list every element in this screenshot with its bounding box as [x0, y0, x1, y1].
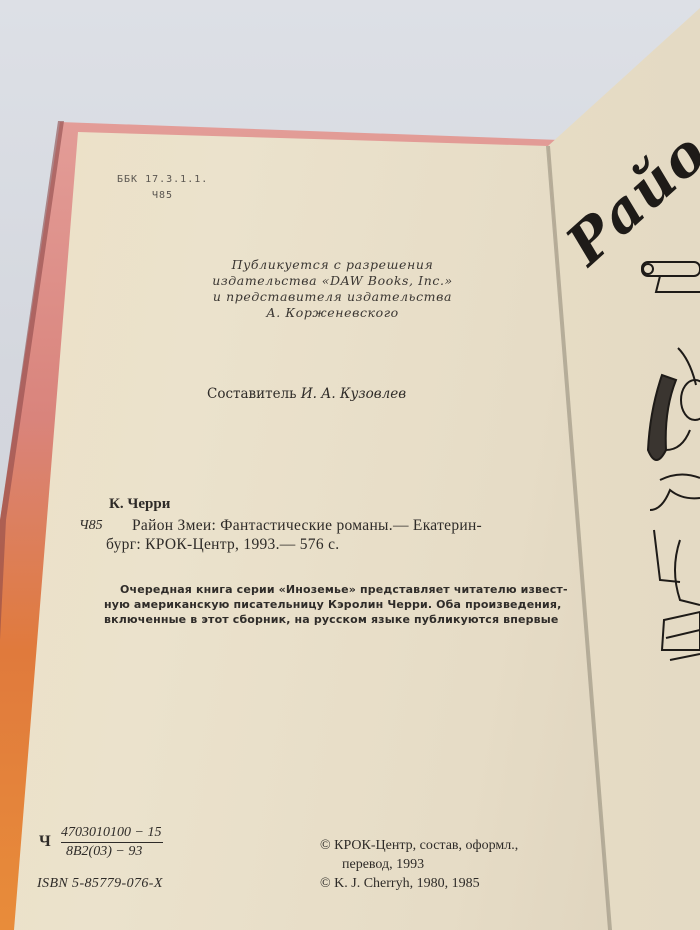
- index-denominator: 8В2(03) − 93: [66, 844, 142, 860]
- book-photo: ББК 17.3.1.1. Ч85 Публикуется с разрешен…: [0, 0, 700, 930]
- copyright-line: © КРОК-Центр, состав, оформл.,: [320, 836, 518, 855]
- author-name: К. Черри: [109, 496, 170, 513]
- permission-line: А. Корженевского: [200, 305, 465, 321]
- annotation: Очередная книга серии «Иноземье» предста…: [104, 582, 574, 627]
- permission-line: издательства «DAW Books, Inc.»: [200, 273, 465, 289]
- permission-notice: Публикуется с разрешения издательства «D…: [200, 257, 465, 321]
- bibliographic-imprint: бург: КРОК-Центр, 1993.— 576 с.: [106, 536, 339, 554]
- creature-illustration-icon: [590, 150, 700, 670]
- copyright-block: © КРОК-Центр, состав, оформл., перевод, …: [320, 836, 518, 893]
- compiler-credit: Составитель И. А. Кузовлев: [207, 386, 406, 402]
- annotation-line: включенные в этот сборник, на русском яз…: [104, 612, 574, 627]
- compiler-name: И. А. Кузовлев: [301, 386, 406, 402]
- isbn: ISBN 5-85779-076-X: [37, 876, 163, 892]
- bibliographic-title: Район Змеи: Фантастические романы.— Екат…: [132, 517, 482, 535]
- copyright-line: перевод, 1993: [320, 855, 518, 874]
- index-prefix: Ч: [39, 833, 51, 851]
- copyright-line: © K. J. Cherryh, 1980, 1985: [320, 874, 518, 893]
- bbk-code: Ч85: [152, 190, 173, 201]
- bbk-index: ББК 17.3.1.1.: [117, 174, 208, 185]
- permission-line: Публикуется с разрешения: [200, 257, 465, 273]
- catalog-code: Ч85: [79, 518, 103, 534]
- annotation-line: ную американскую писательницу Кэролин Че…: [104, 597, 574, 612]
- permission-line: и представителя издательства: [200, 289, 465, 305]
- index-numerator: 4703010100 − 15: [61, 825, 163, 843]
- annotation-line: Очередная книга серии «Иноземье» предста…: [104, 582, 574, 597]
- compiler-label: Составитель: [207, 386, 297, 402]
